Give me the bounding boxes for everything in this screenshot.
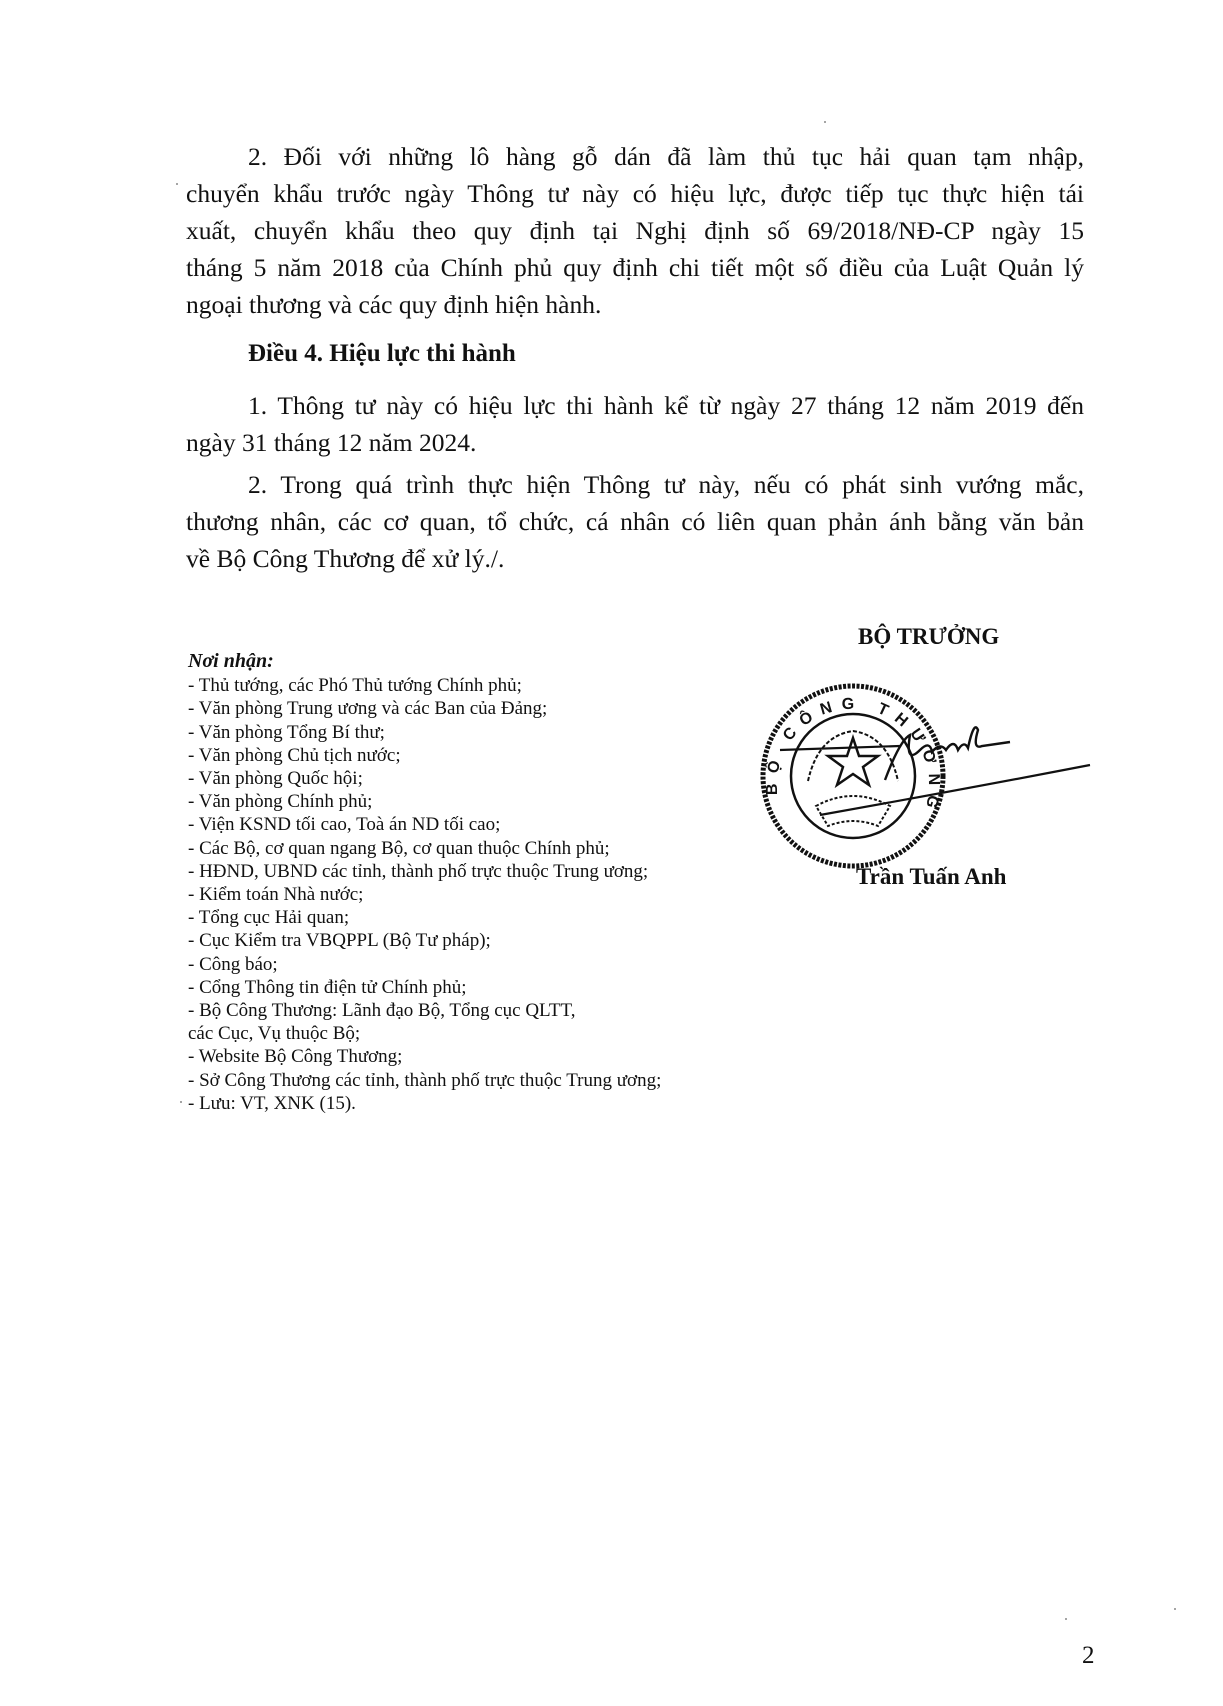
recipient-item: - Văn phòng Quốc hội; [188, 767, 661, 790]
text-line: về Bộ Công Thương để xử lý./. [186, 540, 1084, 577]
recipient-item: - Văn phòng Trung ương và các Ban của Đả… [188, 697, 661, 720]
recipient-item: - Sở Công Thương các tỉnh, thành phố trự… [188, 1069, 661, 1092]
recipient-item: - Văn phòng Chính phủ; [188, 790, 661, 813]
document-page: 2. Đối với những lô hàng gỗ dán đã làm t… [0, 0, 1223, 1706]
recipient-item: - Bộ Công Thương: Lãnh đạo Bộ, Tổng cục … [188, 999, 661, 1022]
recipient-item: - Viện KSND tối cao, Toà án ND tối cao; [188, 813, 661, 836]
recipient-item: - HĐND, UBND các tỉnh, thành phố trực th… [188, 860, 661, 883]
recipient-item: - Cổng Thông tin điện tử Chính phủ; [188, 976, 661, 999]
recipient-item: - Kiểm toán Nhà nước; [188, 883, 661, 906]
recipient-items: - Thủ tướng, các Phó Thủ tướng Chính phủ… [188, 674, 661, 1115]
recipient-item: - Thủ tướng, các Phó Thủ tướng Chính phủ… [188, 674, 661, 697]
signer-name: Trần Tuấn Anh [856, 864, 1006, 890]
paragraph-transitional-provision: 2. Đối với những lô hàng gỗ dán đã làm t… [186, 138, 1084, 323]
recipient-item: - Công báo; [188, 953, 661, 976]
text-line: 2. Đối với những lô hàng gỗ dán đã làm t… [186, 138, 1084, 175]
recipients-list: Nơi nhận: - Thủ tướng, các Phó Thủ tướng… [188, 650, 661, 1115]
recipient-item: - Cục Kiểm tra VBQPPL (Bộ Tư pháp); [188, 929, 661, 952]
text-line: 1. Thông tư này có hiệu lực thi hành kể … [186, 387, 1084, 424]
page-number: 2 [1082, 1642, 1095, 1670]
recipient-item: - Các Bộ, cơ quan ngang Bộ, cơ quan thuộ… [188, 837, 661, 860]
article-heading: Điều 4. Hiệu lực thi hành [248, 340, 516, 368]
recipient-item: - Tổng cục Hải quan; [188, 906, 661, 929]
text-line: 2. Trong quá trình thực hiện Thông tư nà… [186, 466, 1084, 503]
text-line: tháng 5 năm 2018 của Chính phủ quy định … [186, 249, 1084, 286]
paragraph-issue-handling: 2. Trong quá trình thực hiện Thông tư nà… [186, 466, 1084, 577]
recipient-item: - Văn phòng Tổng Bí thư; [188, 721, 661, 744]
handwritten-signature-icon [760, 720, 1180, 830]
text-line: xuất, chuyển khẩu theo quy định tại Nghị… [186, 212, 1084, 249]
text-line: chuyển khẩu trước ngày Thông tư này có h… [186, 175, 1084, 212]
text-line: ngoại thương và các quy định hiện hành. [186, 286, 1084, 323]
paragraph-effective-date: 1. Thông tư này có hiệu lực thi hành kể … [186, 387, 1084, 461]
recipient-item: - Văn phòng Chủ tịch nước; [188, 744, 661, 767]
signer-title: BỘ TRƯỞNG [858, 624, 999, 650]
recipients-heading: Nơi nhận: [188, 650, 661, 673]
text-line: thương nhân, các cơ quan, tổ chức, cá nh… [186, 503, 1084, 540]
recipient-item: - Website Bộ Công Thương; [188, 1045, 661, 1068]
text-line: ngày 31 tháng 12 năm 2024. [186, 424, 1084, 461]
recipient-item: các Cục, Vụ thuộc Bộ; [188, 1022, 661, 1045]
recipient-item: - Lưu: VT, XNK (15). [188, 1092, 661, 1115]
